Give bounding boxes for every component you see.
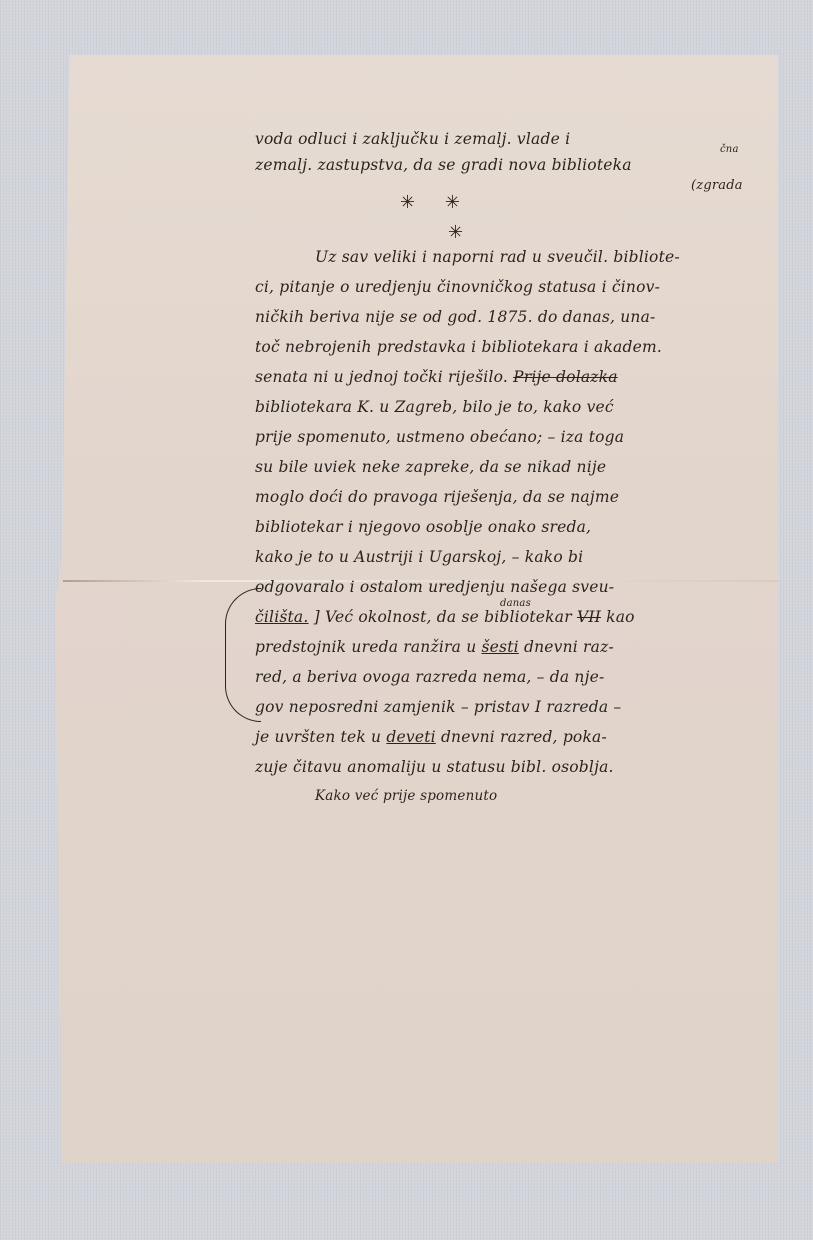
- manuscript-line: zuje čitavu anomaliju u statusu bibl. os…: [255, 758, 614, 776]
- manuscript-line: čilišta. ] Već okolnost, da se danas bib…: [255, 608, 635, 626]
- manuscript-line: odgovaralo i ostalom uredjenju našega sv…: [255, 578, 614, 596]
- manuscript-line: kako je to u Austriji i Ugarskoj, – kako…: [255, 548, 583, 566]
- inserted-word: danas: [500, 598, 531, 609]
- margin-bracket-mark: [225, 588, 261, 722]
- manuscript-line: je uvršten tek u deveti dnevni razred, p…: [255, 728, 607, 746]
- manuscript-line: voda odluci i zaključku i zemalj. vlade …: [255, 130, 570, 148]
- section-separator-asterisk: ✳: [448, 222, 463, 243]
- manuscript-line: toč nebrojenih predstavka i bibliotekara…: [255, 338, 662, 356]
- manuscript-line: moglo doći do pravoga riješenja, da se n…: [255, 488, 619, 506]
- manuscript-line: ci, pitanje o uredjenju činovničkog stat…: [255, 278, 660, 296]
- manuscript-line: Kako već prije spomenuto: [315, 788, 497, 804]
- margin-addition: (zgrada: [691, 178, 743, 193]
- manuscript-line: Uz sav veliki i naporni rad u sveučil. b…: [315, 248, 680, 266]
- manuscript-line: bibliotekar i njegovo osoblje onako sred…: [255, 518, 591, 536]
- manuscript-line: prije spomenuto, ustmeno obećano; – iza …: [255, 428, 624, 446]
- manuscript-line: ničkih beriva nije se od god. 1875. do d…: [255, 308, 656, 326]
- struck-phrase: Prije dolazka: [513, 368, 618, 386]
- manuscript-line: predstojnik ureda ranžira u šesti dnevni…: [255, 638, 614, 656]
- manuscript-line: senata ni u jednoj točki riješilo. Prije…: [255, 368, 618, 386]
- manuscript-line: su bile uviek neke zapreke, da se nikad …: [255, 458, 606, 476]
- section-separator-asterisks: ✳ ✳: [400, 192, 460, 213]
- manuscript-line: red, a beriva ovoga razreda nema, – da n…: [255, 668, 604, 686]
- manuscript-line: gov neposredni zamjenik – pristav I razr…: [255, 698, 621, 716]
- inserted-suffix: čna: [720, 144, 739, 155]
- manuscript-line: zemalj. zastupstva, da se gradi nova bib…: [255, 156, 632, 174]
- struck-mark: VII: [577, 608, 601, 626]
- manuscript-line: bibliotekara K. u Zagreb, bilo je to, ka…: [255, 398, 614, 416]
